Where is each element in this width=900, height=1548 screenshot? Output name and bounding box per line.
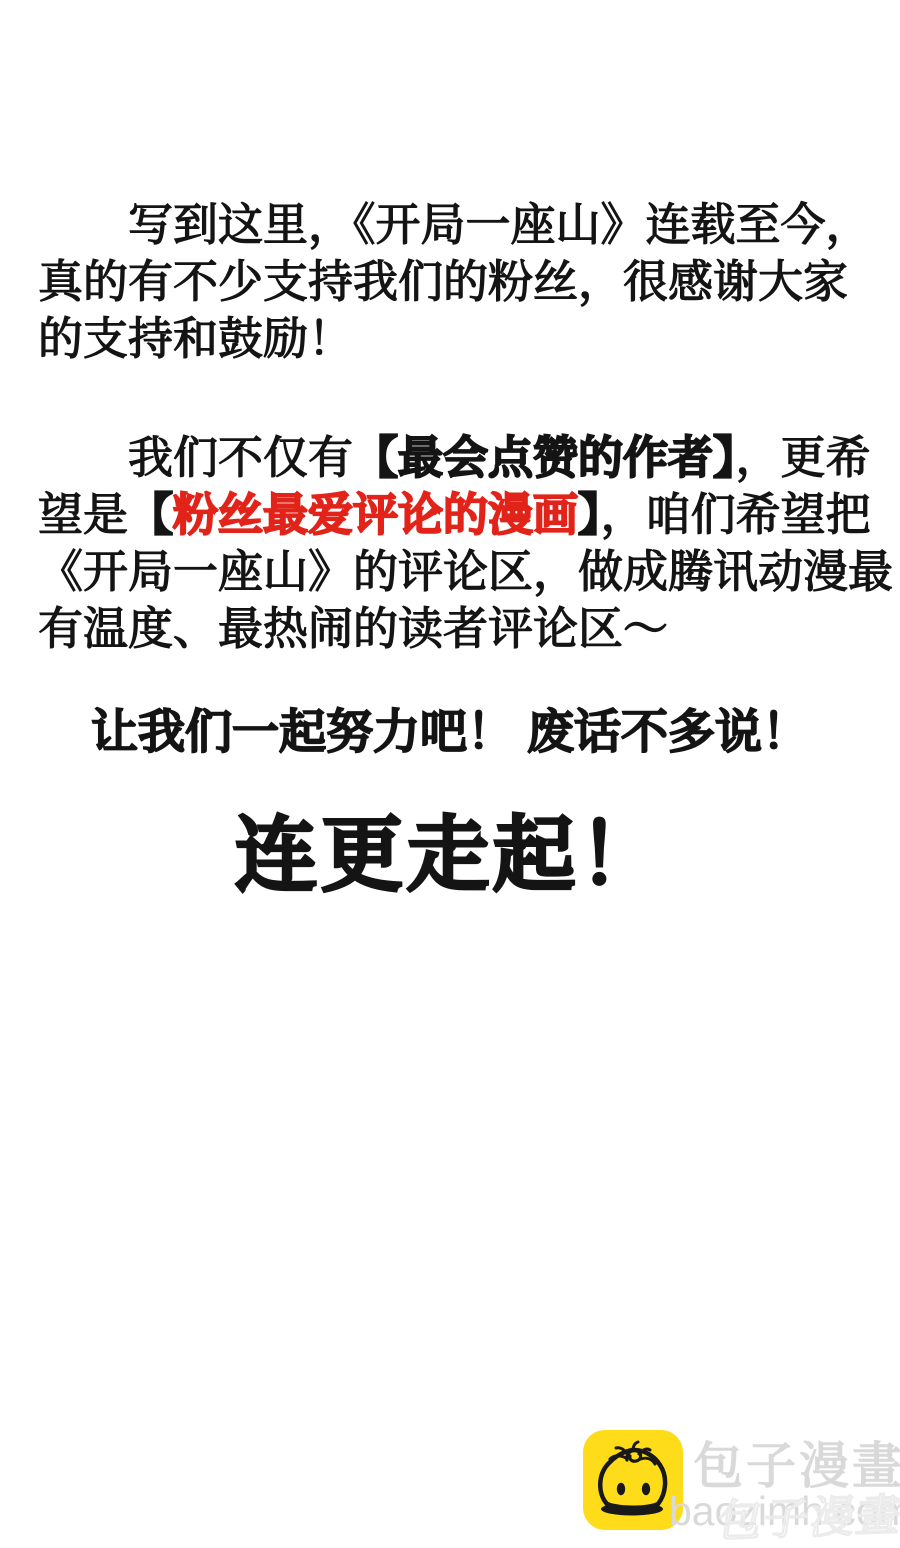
text-line: 我们不仅有【最会点赞的作者】，更希	[38, 429, 862, 486]
paragraph-2: 我们不仅有【最会点赞的作者】，更希 望是【粉丝最爱评论的漫画】，咱们希望把 《开…	[38, 429, 862, 657]
slogan-line: 让我们一起努力吧！ 废话不多说！	[38, 703, 862, 760]
note-text-block: 写到这里，《开局一座山》连载至今， 真的有不少支持我们的粉丝，很感谢大家 的支持…	[0, 0, 900, 902]
text-segment: ，更希	[736, 432, 871, 483]
text-line: 真的有不少支持我们的粉丝，很感谢大家	[38, 253, 862, 310]
comic-author-note-page: 写到这里，《开局一座山》连载至今， 真的有不少支持我们的粉丝，很感谢大家 的支持…	[0, 0, 900, 1548]
text-line: 《开局一座山》的评论区，做成腾讯动漫最	[38, 543, 862, 600]
paragraph-1: 写到这里，《开局一座山》连载至今， 真的有不少支持我们的粉丝，很感谢大家 的支持…	[38, 196, 862, 367]
text-line: 望是【粉丝最爱评论的漫画】，咱们希望把	[38, 486, 862, 543]
watermark-brand-name: 包子漫畫	[693, 1440, 900, 1492]
text-line: 写到这里，《开局一座山》连载至今，	[38, 196, 862, 253]
watermark-text: 包子漫畫 baozimh.com 包子漫畫	[693, 1430, 900, 1532]
baozi-bun-icon	[583, 1430, 683, 1530]
watermark: 包子漫畫 baozimh.com 包子漫畫	[583, 1430, 900, 1532]
text-segment: 望是	[38, 489, 128, 540]
bracket-open: 【	[128, 489, 173, 540]
emphasis-author-badge: 【最会点赞的作者】	[353, 432, 736, 483]
text-line: 的支持和鼓励！	[38, 310, 862, 367]
watermark-domain: baozimh.com	[669, 1490, 900, 1532]
text-line: 有温度、最热闹的读者评论区～	[38, 600, 862, 657]
emphasis-fan-comment-badge: 粉丝最爱评论的漫画	[173, 489, 578, 540]
bracket-close: 】	[578, 489, 601, 540]
text-segment: 我们不仅有	[128, 432, 353, 483]
headline: 连更走起！	[38, 810, 862, 902]
text-segment: ，咱们希望把	[601, 489, 871, 540]
